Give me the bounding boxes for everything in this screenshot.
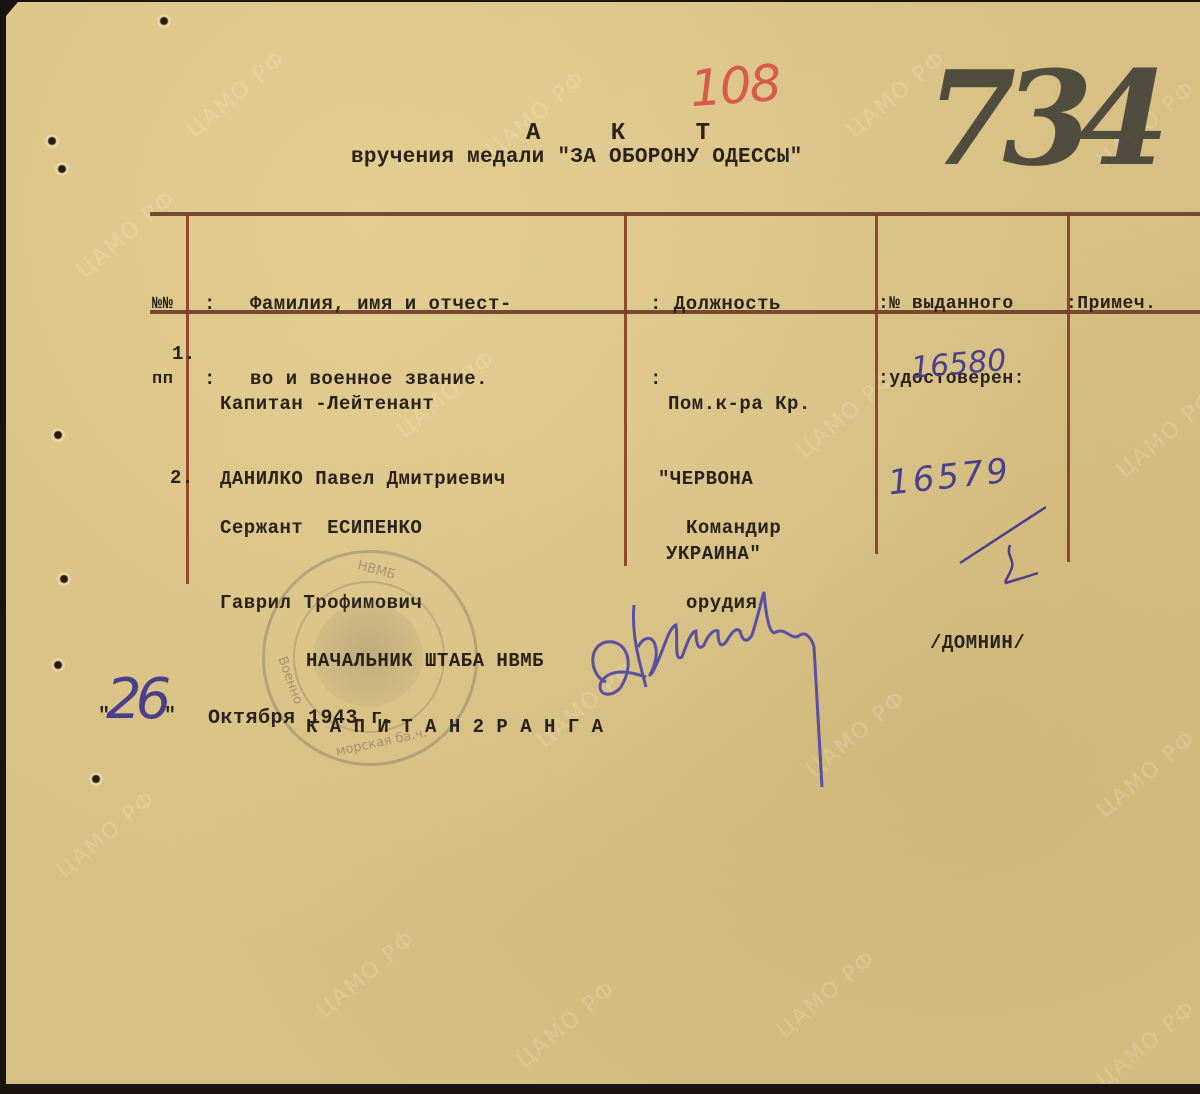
binding-hole <box>50 658 66 672</box>
date-month-year: Октября 1943 г. <box>208 707 396 730</box>
binding-hole <box>54 162 70 176</box>
watermark: ЦАМО РФ <box>512 976 621 1073</box>
watermark: ЦАМО РФ <box>1092 996 1200 1093</box>
date-close-quote: " <box>164 705 177 728</box>
watermark: ЦАМО РФ <box>52 786 161 883</box>
row-number: 2. <box>170 466 194 491</box>
document-subtitle: вручения медали "ЗА ОБОРОНУ ОДЕССЫ" <box>351 146 803 169</box>
binding-hole <box>56 572 72 586</box>
watermark: ЦАМО РФ <box>1092 726 1200 823</box>
row-number: 1. <box>172 342 196 367</box>
binding-hole <box>156 14 172 28</box>
signer-name: /ДОМНИН/ <box>930 632 1025 654</box>
date-line: " 26 " Октября 1943 г. <box>98 667 458 757</box>
table-top-border <box>150 212 1200 216</box>
row-certificate-number: 16579 <box>886 451 1013 504</box>
watermark: ЦАМО РФ <box>312 926 421 1023</box>
watermark: ЦАМО РФ <box>1112 386 1200 483</box>
act-number-red: 108 <box>688 54 781 118</box>
row-rank: Капитан -Лейтенант <box>220 392 506 417</box>
binding-hole <box>44 134 60 148</box>
watermark: ЦАМО РФ <box>772 946 881 1043</box>
document-title: А К Т <box>526 120 738 147</box>
fraction-slash-icon <box>956 497 1046 587</box>
date-day-handwritten: 26 <box>106 667 165 732</box>
binding-hole <box>88 772 104 786</box>
header-notes: :Примеч. <box>1066 242 1156 367</box>
archive-number-pencil: 734 <box>926 42 1155 195</box>
row-rank: Сержант ЕСИПЕНКО <box>220 516 422 541</box>
watermark: ЦАМО РФ <box>182 46 291 143</box>
binding-hole <box>50 428 66 442</box>
document-paper: ЦАМО РФ ЦАМО РФ ЦАМО РФ ЦАМО РФ ЦАМО РФ … <box>6 2 1200 1084</box>
handwritten-signature <box>586 587 876 792</box>
table-col-divider <box>624 214 627 566</box>
signature-icon <box>586 587 876 787</box>
fraction-mark <box>956 497 1046 587</box>
